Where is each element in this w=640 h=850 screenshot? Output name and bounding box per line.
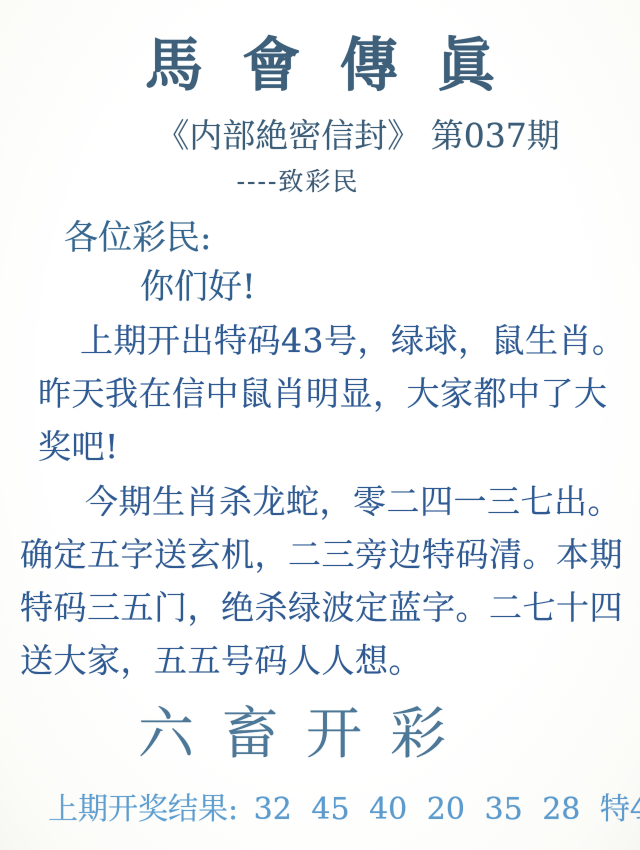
paragraph-line: 送大家，五五号码人人想。 bbox=[20, 634, 620, 687]
paragraph-line: 上期开出特码43号，绿球，鼠生肖。 bbox=[38, 314, 620, 367]
fax-page: 馬會傳眞 《内部絶密信封》 第037期 ----致彩民 各位彩民: 你们好! 上… bbox=[0, 0, 640, 850]
salutation: 各位彩民: bbox=[64, 215, 620, 263]
subtitle: 《内部絶密信封》 第037期 bbox=[58, 114, 640, 159]
results-label: 上期开奖结果: bbox=[48, 792, 238, 827]
paragraph-line: 昨天我在信中鼠肖明显，大家都中了大 bbox=[38, 367, 620, 420]
page-title: 馬會傳眞 bbox=[20, 34, 620, 98]
greeting: 你们好! bbox=[140, 264, 620, 312]
paragraph-line: 特码三五门，绝杀绿波定蓝字。二七十四 bbox=[20, 581, 620, 634]
previous-results-line: 上期开奖结果: 32 45 40 20 35 28 特43 bbox=[48, 790, 620, 829]
paragraph-1: 上期开出特码43号，绿球，鼠生肖。 昨天我在信中鼠肖明显，大家都中了大 奖吧! bbox=[20, 314, 620, 473]
paragraph-line: 确定五字送玄机，二三旁边特码清。本期 bbox=[20, 528, 620, 581]
dedication: ----致彩民 bbox=[0, 166, 598, 199]
banner-title: 六畜开彩 bbox=[0, 701, 592, 768]
paragraph-2: 今期生肖杀龙蛇，零二四一三七出。 确定五字送玄机，二三旁边特码清。本期 特码三五… bbox=[20, 475, 620, 687]
results-values: 32 45 40 20 35 28 特43 bbox=[254, 792, 640, 827]
paragraph-line: 奖吧! bbox=[38, 420, 620, 473]
paragraph-line: 今期生肖杀龙蛇，零二四一三七出。 bbox=[20, 475, 620, 528]
